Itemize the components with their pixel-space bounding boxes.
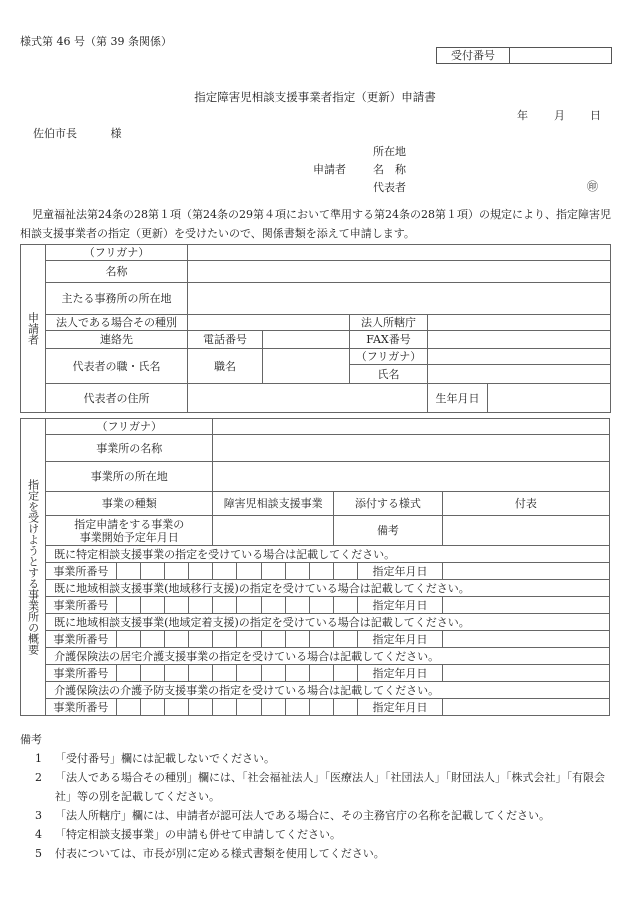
phone-label: 電話番号 <box>188 331 263 349</box>
business-type-label: 事業の種類 <box>46 492 213 516</box>
contact-label: 連絡先 <box>46 331 188 349</box>
intro-paragraph: 児童福祉法第24条の28第１項（第24条の29第４項において準用する第24条の2… <box>20 205 615 243</box>
start-date-field[interactable] <box>213 516 334 546</box>
addressee-name: 佐伯市長 <box>33 127 77 140</box>
office-number-digit[interactable] <box>116 699 140 716</box>
designation-date-field[interactable] <box>442 631 609 648</box>
attached-form-value: 付表 <box>442 492 609 516</box>
receipt-number-label: 受付番号 <box>437 48 510 63</box>
office-number-label: 事業所番号 <box>46 699 116 716</box>
office-number-digit[interactable] <box>261 597 285 614</box>
office-number-digit[interactable] <box>164 631 188 648</box>
office-number-digit[interactable] <box>285 563 309 580</box>
note-item: 4「特定相談支援事業」の申請も併せて申請してください。 <box>20 825 620 844</box>
prior-designation-notice: 既に地域相談支援事業(地域定着支援)の指定を受けている場合は記載してください。 <box>46 614 610 631</box>
office-number-digit[interactable] <box>189 597 213 614</box>
office-number-label: 事業所番号 <box>46 631 116 648</box>
furigana-field[interactable] <box>188 245 611 261</box>
office-number-digit[interactable] <box>285 631 309 648</box>
note-item: 3「法人所轄庁」欄には、申請者が認可法人である場合に、その主務官庁の名称を記載し… <box>20 806 620 825</box>
designation-date-label: 指定年月日 <box>358 665 443 682</box>
date-day: 日 <box>590 107 601 123</box>
office-number-digit[interactable] <box>334 631 358 648</box>
designation-date-label: 指定年月日 <box>358 563 443 580</box>
office-number-digit[interactable] <box>189 699 213 716</box>
addressee: 佐伯市長 様 <box>33 125 122 141</box>
office-number-digit[interactable] <box>261 631 285 648</box>
corporation-authority-field[interactable] <box>428 315 611 331</box>
business-furigana-field[interactable] <box>213 419 610 435</box>
rep-furigana-field[interactable] <box>428 349 611 365</box>
applicant-name-label: 名 称 <box>373 161 406 177</box>
office-number-label: 事業所番号 <box>46 665 116 682</box>
notes-heading: 備考 <box>20 730 620 749</box>
position-label: 職名 <box>188 349 263 384</box>
addressee-suffix: 様 <box>111 127 122 140</box>
designation-date-field[interactable] <box>442 563 609 580</box>
office-number-digit[interactable] <box>140 699 164 716</box>
attached-form-label: 添付する様式 <box>334 492 443 516</box>
office-number-digit[interactable] <box>285 597 309 614</box>
fax-field[interactable] <box>428 331 611 349</box>
notes-section: 備考 1「受付番号」欄には記載しないでください。 2「法人である場合その種別」欄… <box>20 730 620 863</box>
office-number-digit[interactable] <box>116 563 140 580</box>
office-address-label: 事業所の所在地 <box>46 462 213 492</box>
start-date-label: 指定申請をする事業の 事業開始予定年月日 <box>46 516 213 546</box>
position-field[interactable] <box>263 349 350 384</box>
office-number-digit[interactable] <box>237 563 261 580</box>
remarks-field[interactable] <box>442 516 609 546</box>
designation-date-label: 指定年月日 <box>358 597 443 614</box>
birth-date-label: 生年月日 <box>428 384 488 413</box>
applicant-address-label: 所在地 <box>373 143 406 159</box>
office-number-digit[interactable] <box>334 665 358 682</box>
note-item: 2「法人である場合その種別」欄には、「社会福祉法人」「医療法人」「社団法人」「財… <box>20 768 620 806</box>
rep-name-field[interactable] <box>428 365 611 384</box>
note-item: 1「受付番号」欄には記載しないでください。 <box>20 749 620 768</box>
office-number-digit[interactable] <box>189 665 213 682</box>
prior-designation-notice: 介護保険法の居宅介護支援事業の指定を受けている場合は記載してください。 <box>46 648 610 665</box>
prior-designation-notice: 既に地域相談支援事業(地域移行支援)の指定を受けている場合は記載してください。 <box>46 580 610 597</box>
office-number-digit[interactable] <box>116 631 140 648</box>
office-number-digit[interactable] <box>237 597 261 614</box>
office-number-label: 事業所番号 <box>46 597 116 614</box>
name-label: 名称 <box>46 261 188 283</box>
applicant-table: 申請者 （フリガナ） 名称 主たる事務所の所在地 法人である場合その種別 法人所… <box>20 244 611 413</box>
office-number-digit[interactable] <box>309 699 333 716</box>
applicant-label: 申請者 <box>313 161 346 177</box>
office-number-digit[interactable] <box>140 631 164 648</box>
corporation-type-field[interactable] <box>188 315 350 331</box>
remarks-label: 備考 <box>334 516 443 546</box>
business-furigana-label: （フリガナ） <box>46 419 213 435</box>
date-year: 年 <box>517 107 528 123</box>
business-type-value: 障害児相談支援事業 <box>213 492 334 516</box>
corporation-type-label: 法人である場合その種別 <box>46 315 188 331</box>
office-number-digit[interactable] <box>334 597 358 614</box>
document-title: 指定障害児相談支援事業者指定（更新）申請書 <box>0 89 630 105</box>
receipt-number-box: 受付番号 <box>436 47 612 64</box>
name-field[interactable] <box>188 261 611 283</box>
office-number-digit[interactable] <box>164 665 188 682</box>
office-number-digit[interactable] <box>189 631 213 648</box>
fax-label: FAX番号 <box>350 331 428 349</box>
office-number-digit[interactable] <box>237 699 261 716</box>
rep-name-label: 氏名 <box>350 365 428 384</box>
main-office-address-field[interactable] <box>188 283 611 315</box>
rep-address-field[interactable] <box>188 384 428 413</box>
office-number-digit[interactable] <box>309 665 333 682</box>
office-number-digit[interactable] <box>237 665 261 682</box>
office-number-digit[interactable] <box>213 563 237 580</box>
corporation-authority-label: 法人所轄庁 <box>350 315 428 331</box>
office-number-digit[interactable] <box>116 665 140 682</box>
date-month: 月 <box>554 107 565 123</box>
applicant-side-label: 申請者 <box>21 245 46 413</box>
designation-date-label: 指定年月日 <box>358 699 443 716</box>
office-number-digit[interactable] <box>237 631 261 648</box>
office-number-digit[interactable] <box>285 665 309 682</box>
office-number-digit[interactable] <box>213 665 237 682</box>
designation-date-field[interactable] <box>442 665 609 682</box>
office-number-digit[interactable] <box>261 665 285 682</box>
office-number-digit[interactable] <box>261 563 285 580</box>
office-number-digit[interactable] <box>334 699 358 716</box>
designation-date-field[interactable] <box>442 699 609 716</box>
office-number-digit[interactable] <box>116 597 140 614</box>
business-side-label: 指定を受けようとする事業所の概要 <box>21 419 46 716</box>
receipt-number-field[interactable] <box>510 48 611 63</box>
rep-furigana-label: （フリガナ） <box>350 349 428 365</box>
prior-designation-notice: 介護保険法の介護予防支援事業の指定を受けている場合は記載してください。 <box>46 682 610 699</box>
furigana-label: （フリガナ） <box>46 245 188 261</box>
office-name-label: 事業所の名称 <box>46 435 213 462</box>
form-number: 様式第 46 号（第 39 条関係） <box>20 33 172 49</box>
business-table: 指定を受けようとする事業所の概要 （フリガナ） 事業所の名称 事業所の所在地 事… <box>20 418 610 716</box>
office-number-label: 事業所番号 <box>46 563 116 580</box>
seal-mark: ㊞ <box>587 178 598 194</box>
office-number-digit[interactable] <box>309 563 333 580</box>
office-number-digit[interactable] <box>164 563 188 580</box>
designation-date-field[interactable] <box>442 597 609 614</box>
office-number-digit[interactable] <box>140 563 164 580</box>
office-address-field[interactable] <box>213 462 610 492</box>
office-number-digit[interactable] <box>213 597 237 614</box>
office-number-digit[interactable] <box>189 563 213 580</box>
office-number-digit[interactable] <box>140 665 164 682</box>
office-number-digit[interactable] <box>334 563 358 580</box>
office-number-digit[interactable] <box>309 597 333 614</box>
representative-label: 代表者の職・氏名 <box>46 349 188 384</box>
main-office-address-label: 主たる事務所の所在地 <box>46 283 188 315</box>
rep-address-label: 代表者の住所 <box>46 384 188 413</box>
applicant-representative-label: 代表者 <box>373 179 406 195</box>
office-number-digit[interactable] <box>213 631 237 648</box>
office-number-digit[interactable] <box>164 699 188 716</box>
phone-field[interactable] <box>263 331 350 349</box>
birth-date-field[interactable] <box>488 384 611 413</box>
designation-date-label: 指定年月日 <box>358 631 443 648</box>
office-number-digit[interactable] <box>140 597 164 614</box>
office-number-digit[interactable] <box>164 597 188 614</box>
office-name-field[interactable] <box>213 435 610 462</box>
note-item: 5付表については、市長が別に定める様式書類を使用してください。 <box>20 844 620 863</box>
prior-designation-notice: 既に特定相談支援事業の指定を受けている場合は記載してください。 <box>46 546 610 563</box>
office-number-digit[interactable] <box>285 699 309 716</box>
office-number-digit[interactable] <box>309 631 333 648</box>
office-number-digit[interactable] <box>213 699 237 716</box>
office-number-digit[interactable] <box>261 699 285 716</box>
